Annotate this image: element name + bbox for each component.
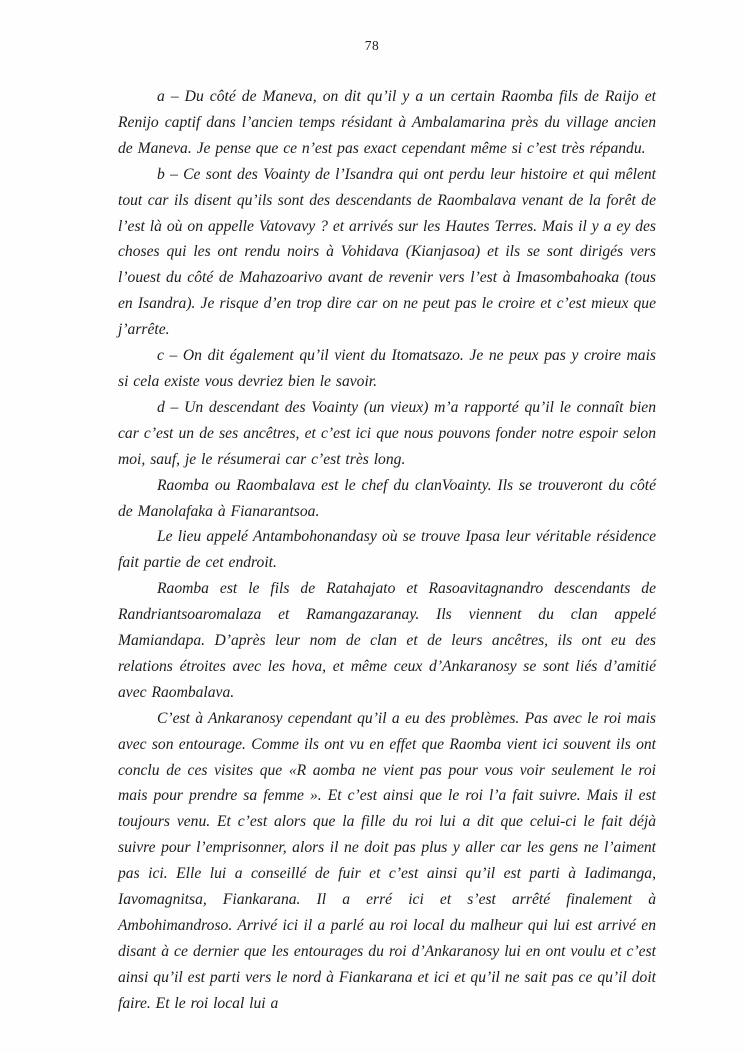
paragraph-a: a – Du côté de Maneva, on dit qu’il y a … xyxy=(118,84,656,162)
document-page: 78 a – Du côté de Maneva, on dit qu’il y… xyxy=(0,0,744,1053)
paragraph-5: Raomba ou Raombalava est le chef du clan… xyxy=(118,473,656,525)
paragraph-b: b – Ce sont des Voainty de l’Isandra qui… xyxy=(118,162,656,343)
paragraph-d: d – Un descendant des Voainty (un vieux)… xyxy=(118,395,656,473)
page-number: 78 xyxy=(0,38,744,54)
paragraph-8: C’est à Ankaranosy cependant qu’il a eu … xyxy=(118,706,656,1017)
paragraph-6: Le lieu appelé Antambohonandasy où se tr… xyxy=(118,524,656,576)
page-body: a – Du côté de Maneva, on dit qu’il y a … xyxy=(118,84,656,1017)
paragraph-7: Raomba est le fils de Ratahajato et Raso… xyxy=(118,576,656,706)
paragraph-c: c – On dit également qu’il vient du Itom… xyxy=(118,343,656,395)
